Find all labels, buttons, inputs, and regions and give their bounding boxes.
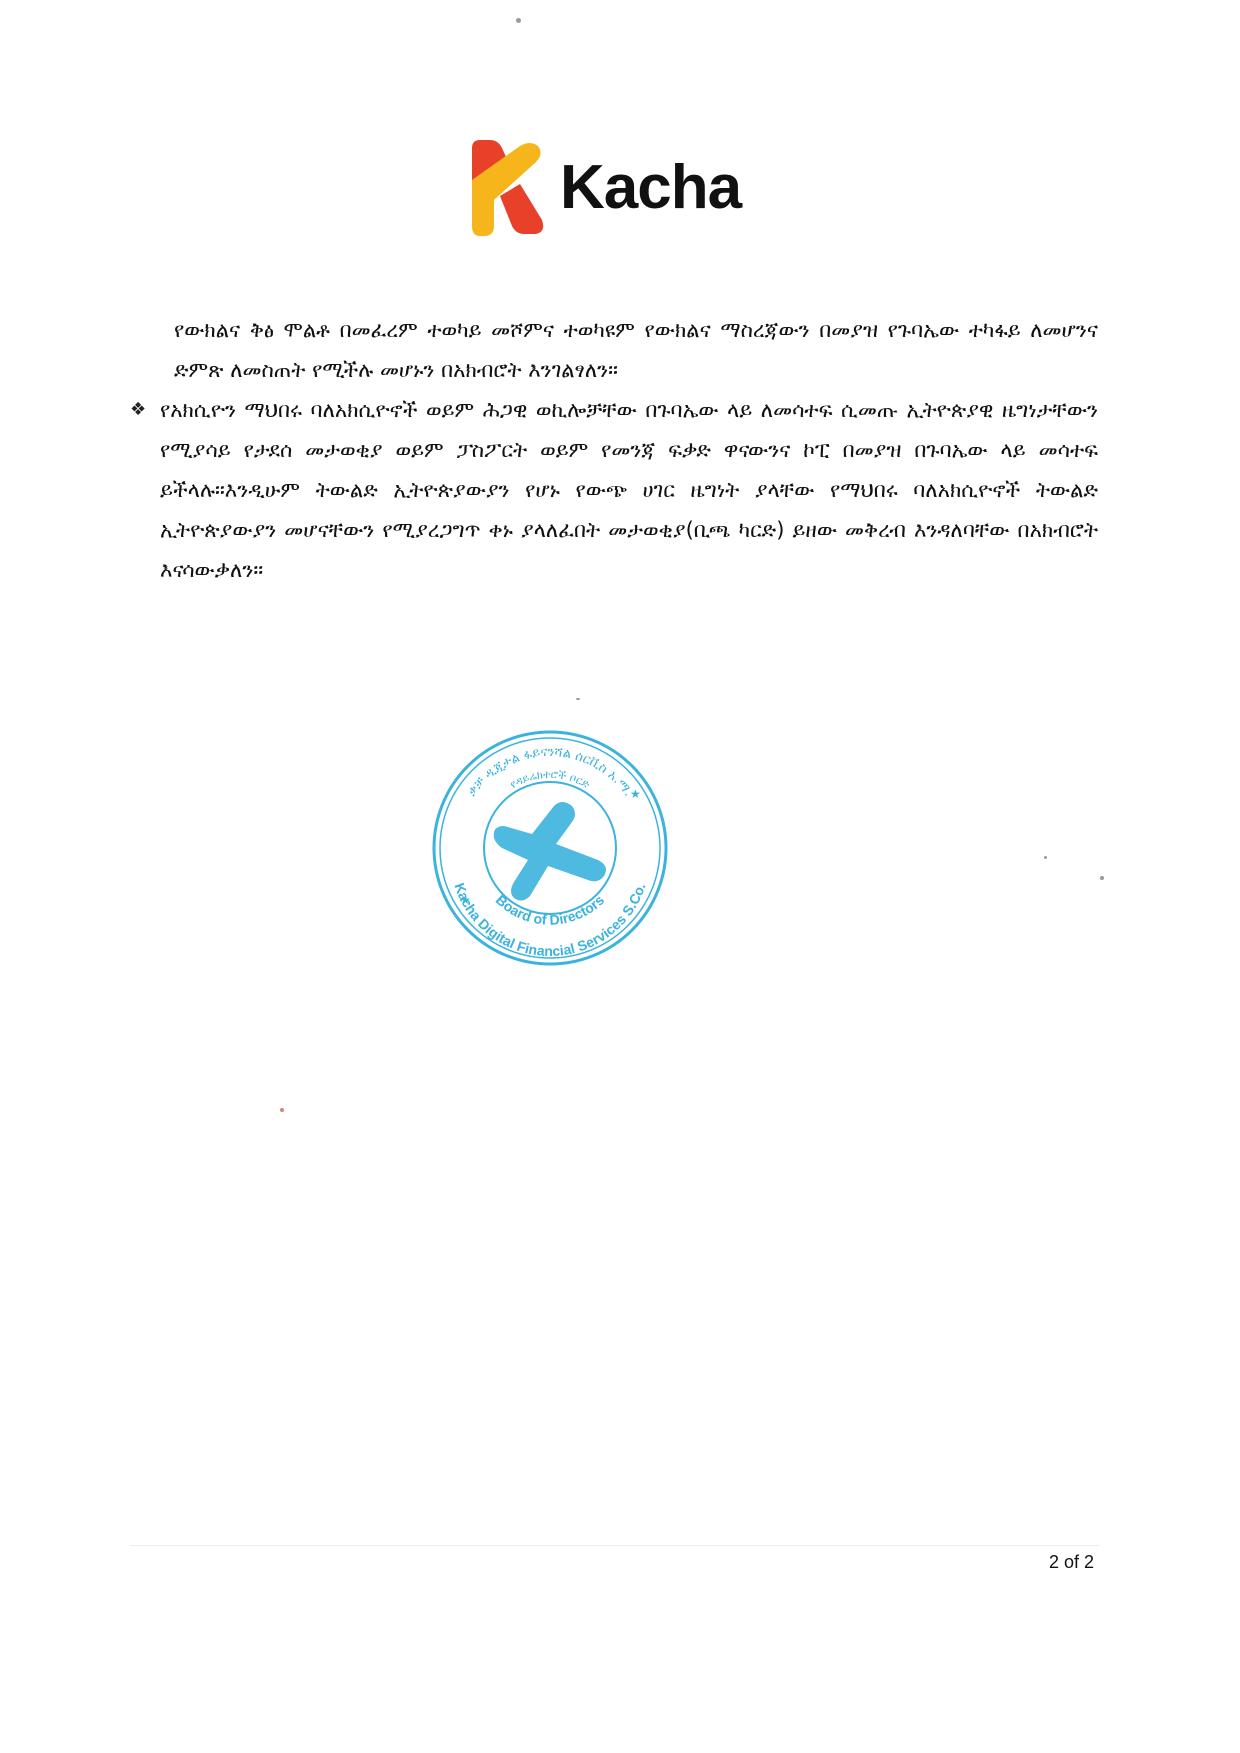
notice-body: የውክልና ቅፅ ሞልቶ በመፈረም ተወካይ መሾምና ተወካዩም የውክልና… xyxy=(160,310,1098,590)
kacha-k-icon xyxy=(466,140,546,236)
svg-text:★: ★ xyxy=(630,787,641,801)
scan-speck xyxy=(516,18,521,23)
scan-speck xyxy=(1100,876,1104,880)
kacha-logo: Kacha xyxy=(466,140,741,236)
proxy-paragraph: የውክልና ቅፅ ሞልቶ በመፈረም ተወካይ መሾምና ተወካዩም የውክልና… xyxy=(160,310,1098,390)
svg-text:Board of Directors: Board of Directors xyxy=(493,892,608,928)
page-indicator: 2 of 2 xyxy=(1049,1552,1094,1573)
id-requirement-text: የአክሲዮን ማህበሩ ባለአክሲዮኖች ወይም ሕጋዊ ወኪሎቻቸው በጉባኤ… xyxy=(160,398,1098,582)
svg-text:★: ★ xyxy=(460,893,471,907)
brand-name: Kacha xyxy=(560,157,741,219)
scan-speck xyxy=(1044,856,1047,859)
scan-speck xyxy=(280,1108,284,1112)
diamond-bullet-icon: ❖ xyxy=(130,390,146,430)
footer-divider xyxy=(130,1545,1100,1546)
id-requirement-bullet: ❖ የአክሲዮን ማህበሩ ባለአክሲዮኖች ወይም ሕጋዊ ወኪሎቻቸው በጉ… xyxy=(160,390,1098,590)
document-page: Kacha የውክልና ቅፅ ሞልቶ በመፈረም ተወካይ መሾምና ተወካዩም… xyxy=(0,0,1240,1753)
seal-k-icon xyxy=(494,802,606,901)
company-seal: ቃቻ ዲጂታል ፋይናንሻል ሰርቪስ አ.ማ. የዳይሬክተሮች ቦርድ Ka… xyxy=(428,726,672,970)
scan-speck xyxy=(576,698,580,700)
